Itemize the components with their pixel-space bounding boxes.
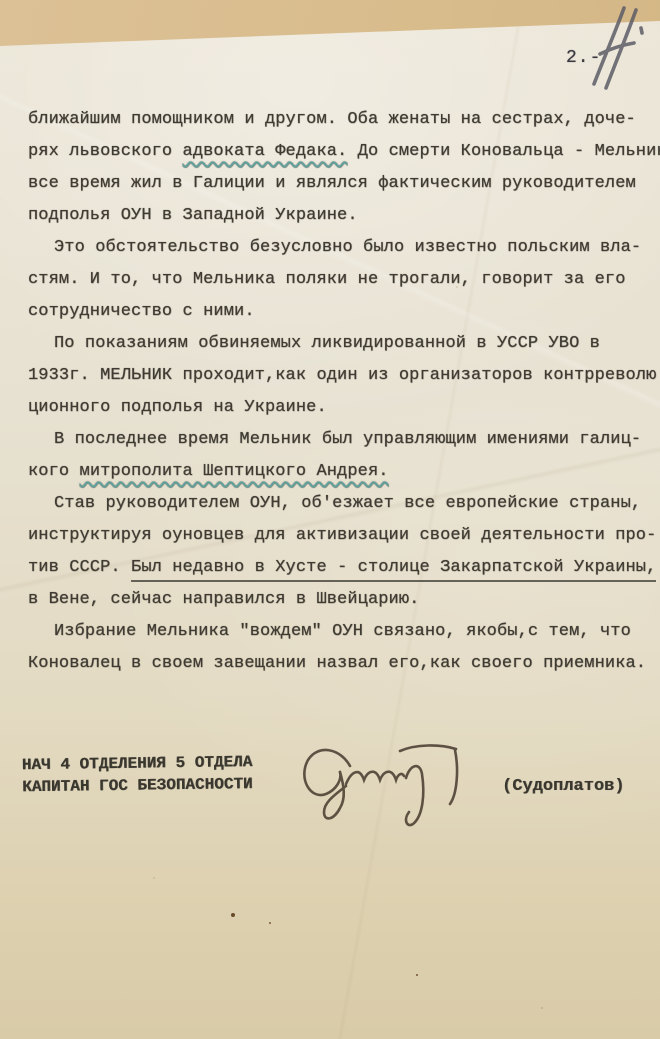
document-line: рях львовского адвоката Федака. До смерт… [28,136,660,168]
document-line: Избрание Мельника "вождем" ОУН связано, … [28,616,660,648]
text-segment: ближайшим помощником и другом. Оба женат… [28,110,636,129]
text-segment: кого [28,462,80,481]
text-segment: стям. И то, что Мельника поляки не трога… [28,270,626,289]
underlined-text-blue: адвоката Федака. [183,142,348,161]
text-segment: ционного подполья на Украине. [28,398,327,417]
document-line: Коновалец в своем завещании назвал его,к… [28,648,660,680]
text-segment: По показаниям обвиняемых ликвидированной… [54,334,600,353]
handwritten-signature [288,736,488,841]
document-line: стям. И то, что Мельника поляки не трога… [28,264,660,296]
document-line: Став руководителем ОУН, об'езжает все ев… [28,488,660,520]
text-segment: 1933г. МЕЛЬНИК проходит,как один из орга… [28,366,656,385]
text-segment: Коновалец в своем завещании назвал его,к… [28,654,646,673]
document-line: инструктируя оуновцев для активизации св… [28,520,660,552]
paper-stains [0,0,4,4]
text-segment: все время жил в Галиции и являлся фактич… [28,174,636,193]
text-segment: В последнее время Мельник был управляющи… [54,430,641,449]
text-segment: подполья ОУН в Западной Украине. [28,206,358,225]
text-segment: инструктируя оуновцев для активизации св… [28,526,656,545]
document-line: подполья ОУН в Западной Украине. [28,200,660,232]
text-segment: Избрание Мельника "вождем" ОУН связано, … [54,622,631,641]
underlined-text-pencil: Был недавно в Хусте - столице Закарпатск… [131,558,656,582]
text-segment: в Вене, сейчас направился в Швейцарию. [28,590,419,609]
document-line: Это обстоятельство безусловно было извес… [28,232,660,264]
document-line: все время жил в Галиции и являлся фактич… [28,168,660,200]
text-segment: тив СССР. [28,558,131,577]
signed-name: (Судоплатов) [502,777,624,796]
pencil-page-number-mark [584,2,646,90]
document-line: кого митрополита Шептицкого Андрея. [28,456,660,488]
document-line: По показаниям обвиняемых ликвидированной… [28,328,660,360]
document-body: ближайшим помощником и другом. Оба женат… [28,104,660,680]
scanned-document-screenshot: { "page": { "typed_page_number": "2.-", … [0,0,660,1039]
document-line: сотрудничество с ними. [28,296,660,328]
underlined-text-blue: митрополита Шептицкого Андрея. [80,462,389,481]
document-line: в Вене, сейчас направился в Швейцарию. [28,584,660,616]
document-line: 1933г. МЕЛЬНИК проходит,как один из орга… [28,360,660,392]
text-segment: сотрудничество с ними. [28,302,255,321]
document-line: тив СССР. Был недавно в Хусте - столице … [28,552,660,584]
document-line: ближайшим помощником и другом. Оба женат… [28,104,660,136]
text-segment: До смерти Коновальца - Мельник [347,142,660,161]
text-segment: рях львовского [28,142,183,161]
text-segment: Это обстоятельство безусловно было извес… [54,238,641,257]
document-line: ционного подполья на Украине. [28,392,660,424]
document-line: В последнее время Мельник был управляющи… [28,424,660,456]
text-segment: Став руководителем ОУН, об'езжает все ев… [54,494,641,513]
